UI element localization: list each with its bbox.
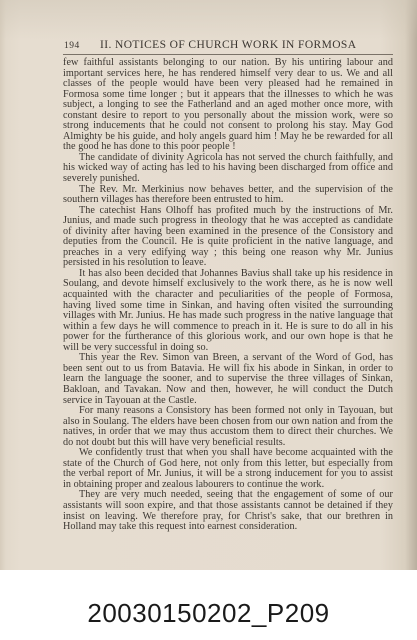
paragraph: The catechist Hans Olhoff has profited m… [63, 206, 393, 269]
image-id-caption: 20030150202_P209 [0, 598, 417, 629]
paragraph: For many reasons a Consistory has been f… [63, 406, 393, 448]
page-header: 194 II. NOTICES OF CHURCH WORK IN FORMOS… [63, 38, 393, 55]
running-head: II. NOTICES OF CHURCH WORK IN FORMOSA [100, 39, 356, 51]
paragraph: It has also been decided that Johannes B… [63, 269, 393, 353]
paragraph: The candidate of divinity Agricola has n… [63, 153, 393, 185]
paragraph: The Rev. Mr. Merkinius now behaves bette… [63, 185, 393, 206]
page-number: 194 [64, 41, 80, 51]
paragraph: This year the Rev. Simon van Breen, a se… [63, 353, 393, 406]
scanned-page: 194 II. NOTICES OF CHURCH WORK IN FORMOS… [0, 0, 417, 570]
paragraph: They are very much needed, seeing that t… [63, 490, 393, 532]
paragraph: few faithful assistants belonging to our… [63, 58, 393, 153]
body-text: few faithful assistants belonging to our… [63, 58, 393, 533]
paragraph: We confidently trust that when you shall… [63, 448, 393, 490]
